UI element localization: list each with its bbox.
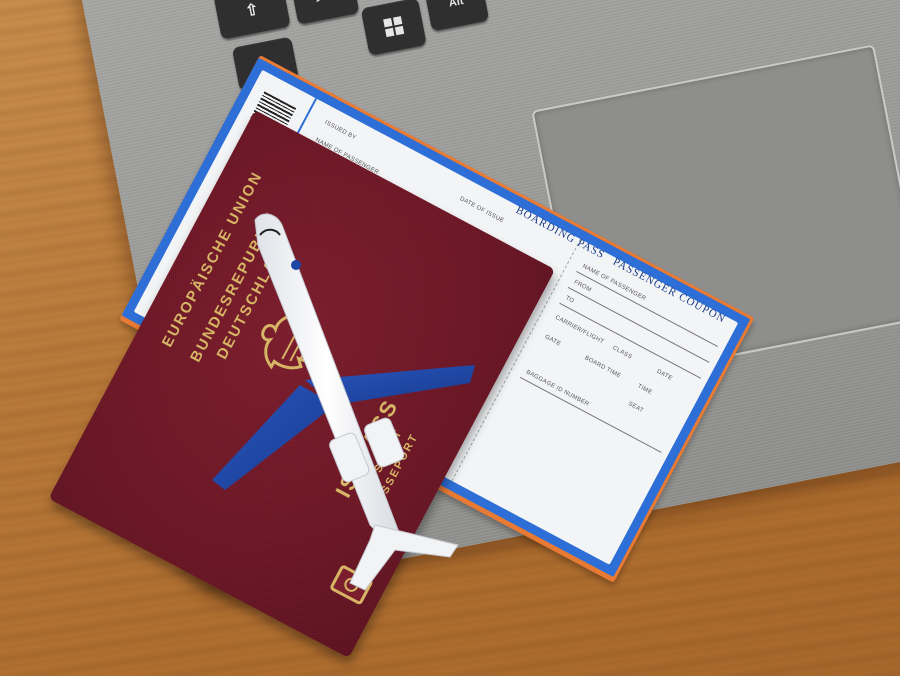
coupon-time: TIME	[636, 383, 653, 396]
field-issued-by: ISSUED BY	[324, 120, 357, 142]
coupon-seat: SEAT	[627, 401, 644, 414]
coupon-to: TO	[564, 295, 575, 304]
photo-scene: ⇧ ⇧ > < Y X C V B µ Alt AltGr Strg ISSUE…	[0, 0, 900, 676]
key-windows	[361, 0, 427, 56]
tail	[350, 525, 458, 590]
coupon-class: CLASS	[611, 345, 633, 360]
coupon-board-time: BOARD TIME	[583, 355, 621, 379]
key-angle-brackets: > <	[290, 0, 360, 25]
windows-logo-icon	[383, 16, 404, 37]
toy-airplane	[200, 205, 490, 605]
key-shift: ⇧	[213, 0, 290, 40]
key-alt: Alt	[423, 0, 489, 31]
livery-logo-icon	[291, 260, 301, 270]
coupon-gate: GATE	[544, 334, 562, 347]
coupon-baggage: BAGGAGE ID NUMBER	[525, 369, 590, 407]
coupon-carrier: CARRIER/FLIGHT	[554, 315, 605, 346]
coupon-date: DATE	[656, 369, 674, 382]
left-wing	[212, 385, 335, 490]
